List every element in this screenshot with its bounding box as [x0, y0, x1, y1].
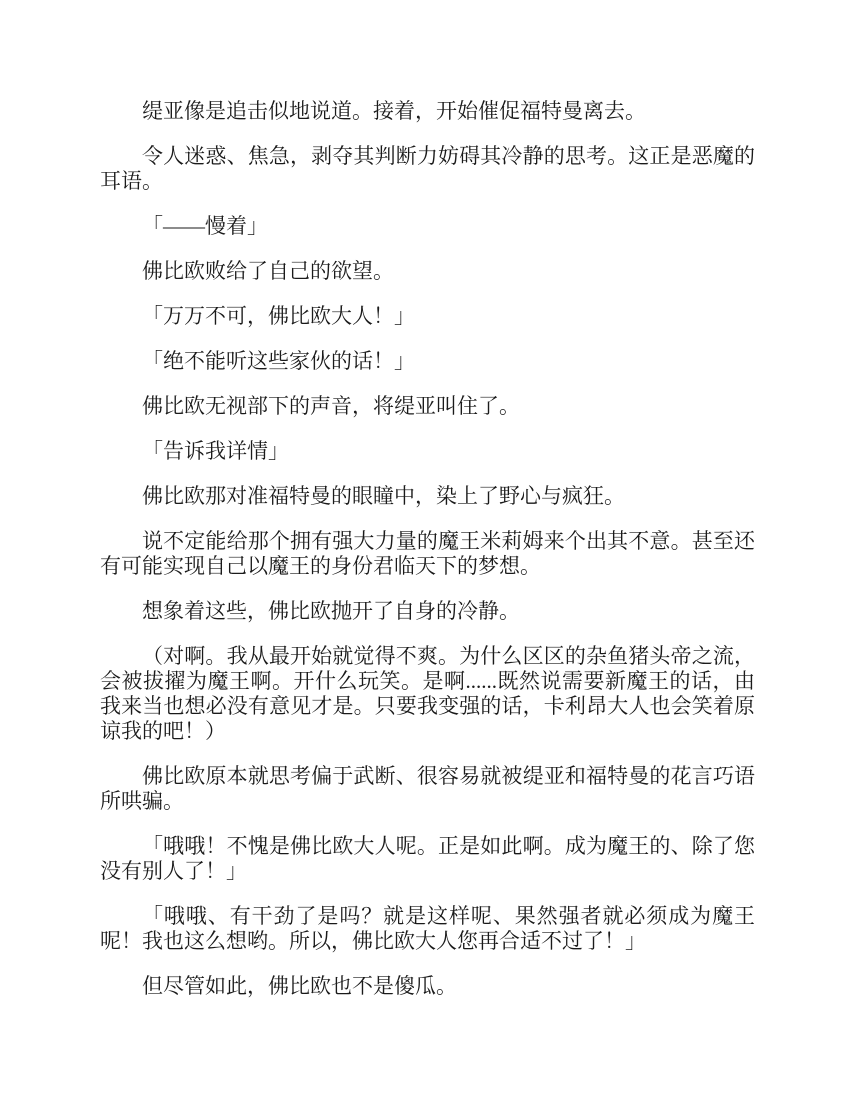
- paragraph: 想象着这些，佛比欧抛开了自身的冷静。: [100, 599, 755, 624]
- paragraph: 佛比欧无视部下的声音，将缇亚叫住了。: [100, 394, 755, 419]
- paragraph: 「哦哦、有干劲了是吗？就是这样呢、果然强者就必须成为魔王呢！我也这么想哟。所以，…: [100, 904, 755, 954]
- paragraph: 「告诉我详情」: [100, 439, 755, 464]
- paragraph: （对啊。我从最开始就觉得不爽。为什么区区的杂鱼猪头帝之流，会被拔擢为魔王啊。开什…: [100, 644, 755, 744]
- paragraph: 佛比欧原本就思考偏于武断、很容易就被缇亚和福特曼的花言巧语所哄骗。: [100, 764, 755, 814]
- paragraph: 说不定能给那个拥有强大力量的魔王米莉姆来个出其不意。甚至还有可能实现自己以魔王的…: [100, 529, 755, 579]
- paragraph: 令人迷惑、焦急，剥夺其判断力妨碍其冷静的思考。这正是恶魔的耳语。: [100, 144, 755, 194]
- paragraph: 但尽管如此，佛比欧也不是傻瓜。: [100, 974, 755, 999]
- paragraph: 「绝不能听这些家伙的话！」: [100, 349, 755, 374]
- paragraph: 「万万不可，佛比欧大人！」: [100, 304, 755, 329]
- paragraph-list: 缇亚像是追击似地说道。接着，开始催促福特曼离去。令人迷惑、焦急，剥夺其判断力妨碍…: [100, 99, 755, 999]
- paragraph: 佛比欧败给了自己的欲望。: [100, 259, 755, 284]
- paragraph: 缇亚像是追击似地说道。接着，开始催促福特曼离去。: [100, 99, 755, 124]
- document-page: 缇亚像是追击似地说道。接着，开始催促福特曼离去。令人迷惑、焦急，剥夺其判断力妨碍…: [0, 0, 850, 1100]
- paragraph: 「哦哦！不愧是佛比欧大人呢。正是如此啊。成为魔王的、除了您没有别人了！」: [100, 834, 755, 884]
- paragraph: 「——慢着」: [100, 214, 755, 239]
- paragraph: 佛比欧那对准福特曼的眼瞳中，染上了野心与疯狂。: [100, 484, 755, 509]
